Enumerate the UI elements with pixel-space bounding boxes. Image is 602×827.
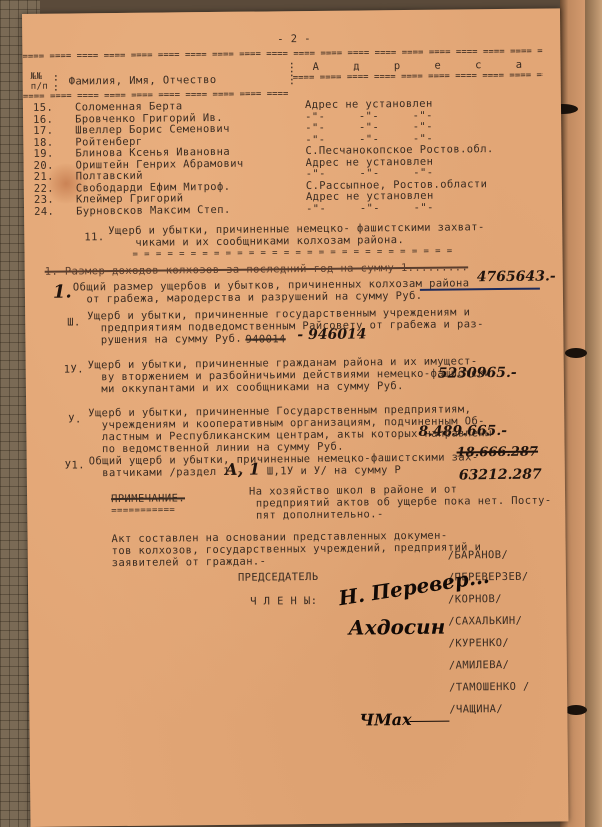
item-6-handwritten-insert: А, 1 xyxy=(225,460,261,479)
list-item-address: -"- -"- -"- xyxy=(306,201,434,214)
item-3-amount: - 946014 xyxy=(297,326,366,343)
member-name: /ТАМОШЕНКО / xyxy=(449,681,530,694)
section-ii-underline: = = = = = = = = = = = = = = = = = = = = … xyxy=(132,246,452,261)
item-5-amount: 8.489.665.- xyxy=(418,423,507,440)
members-label: Ч Л Е Н Ы: xyxy=(250,595,317,608)
binder-hole xyxy=(565,348,587,358)
signature-member: ЧМах xyxy=(359,710,411,730)
member-name: /БАРАНОВ/ xyxy=(448,549,509,562)
item-6-amount: 63212.287 xyxy=(459,467,542,484)
item-1-amount: 4765643.- xyxy=(477,268,556,285)
closing-paragraph: Акт составлен на основании представленны… xyxy=(111,529,481,569)
signature-stroke xyxy=(409,721,449,722)
item-1-handwritten-label: 1. xyxy=(53,281,72,302)
item-4-text: Ущерб и убытки, причиненные гражданам ра… xyxy=(88,355,498,395)
member-name: /САХАЛЬКИН/ xyxy=(448,615,522,628)
list-item-name: Бурновсков Максим Степ. xyxy=(76,203,306,217)
chairman-label: ПРЕДСЕДАТЕЛЬ xyxy=(238,571,319,584)
note-label: ПРИМЕЧАНИЕ. xyxy=(111,492,185,505)
member-name: /ЧАЩИНА/ xyxy=(449,703,503,716)
header-name-col: Фамилия, Имя, Отчество xyxy=(69,74,217,88)
member-name: /АМИЛЕВА/ xyxy=(449,659,510,672)
section-ii-label: 11. xyxy=(84,231,104,243)
signature-member: Ахдосин xyxy=(348,615,445,640)
item-4-label: 1У. xyxy=(64,363,84,375)
item-4-amount: 5230965.- xyxy=(438,365,517,382)
note-underline: =========== xyxy=(111,504,175,517)
item-6-label: У1. xyxy=(65,459,85,471)
item-1-text: Общий размер ущербов и убытков, причинен… xyxy=(73,277,470,305)
header-rule-mid: ==== ==== ==== ==== ==== ==== ==== ==== … xyxy=(293,71,543,84)
struck-line: 1. Размер доходов колхозов за последний … xyxy=(45,261,469,277)
back-page-tab xyxy=(585,0,602,827)
page-number: - 2 - xyxy=(277,33,311,45)
item-6-text-cont: Ш,1У и У/ на сумму Р xyxy=(267,464,402,477)
item-5-label: У. xyxy=(68,413,82,425)
people-list: 15.Соломенная БертаАдрес не установлен16… xyxy=(22,8,560,14)
member-name: /КУРЕНКО/ xyxy=(449,637,510,650)
document-page: - 2 - ==== ==== ==== ==== ==== ==== ====… xyxy=(22,8,568,827)
item-1-underline xyxy=(420,288,540,291)
member-name: /КОРНОВ/ xyxy=(448,593,502,606)
binder-hole xyxy=(565,705,587,715)
members-list: /БАРАНОВ//ПЕРЕВЕРЗЕВ//КОРНОВ//САХАЛЬКИН/… xyxy=(22,8,560,14)
item-3-label: Ш. xyxy=(67,316,81,328)
list-item-number: 24. xyxy=(34,205,76,217)
note-text: На хозяйство школ в районе и от предприя… xyxy=(249,482,552,521)
item-6-struck-amount: 18.666.287 xyxy=(457,445,539,461)
item-3-struck-amount: 940014 xyxy=(245,333,285,345)
